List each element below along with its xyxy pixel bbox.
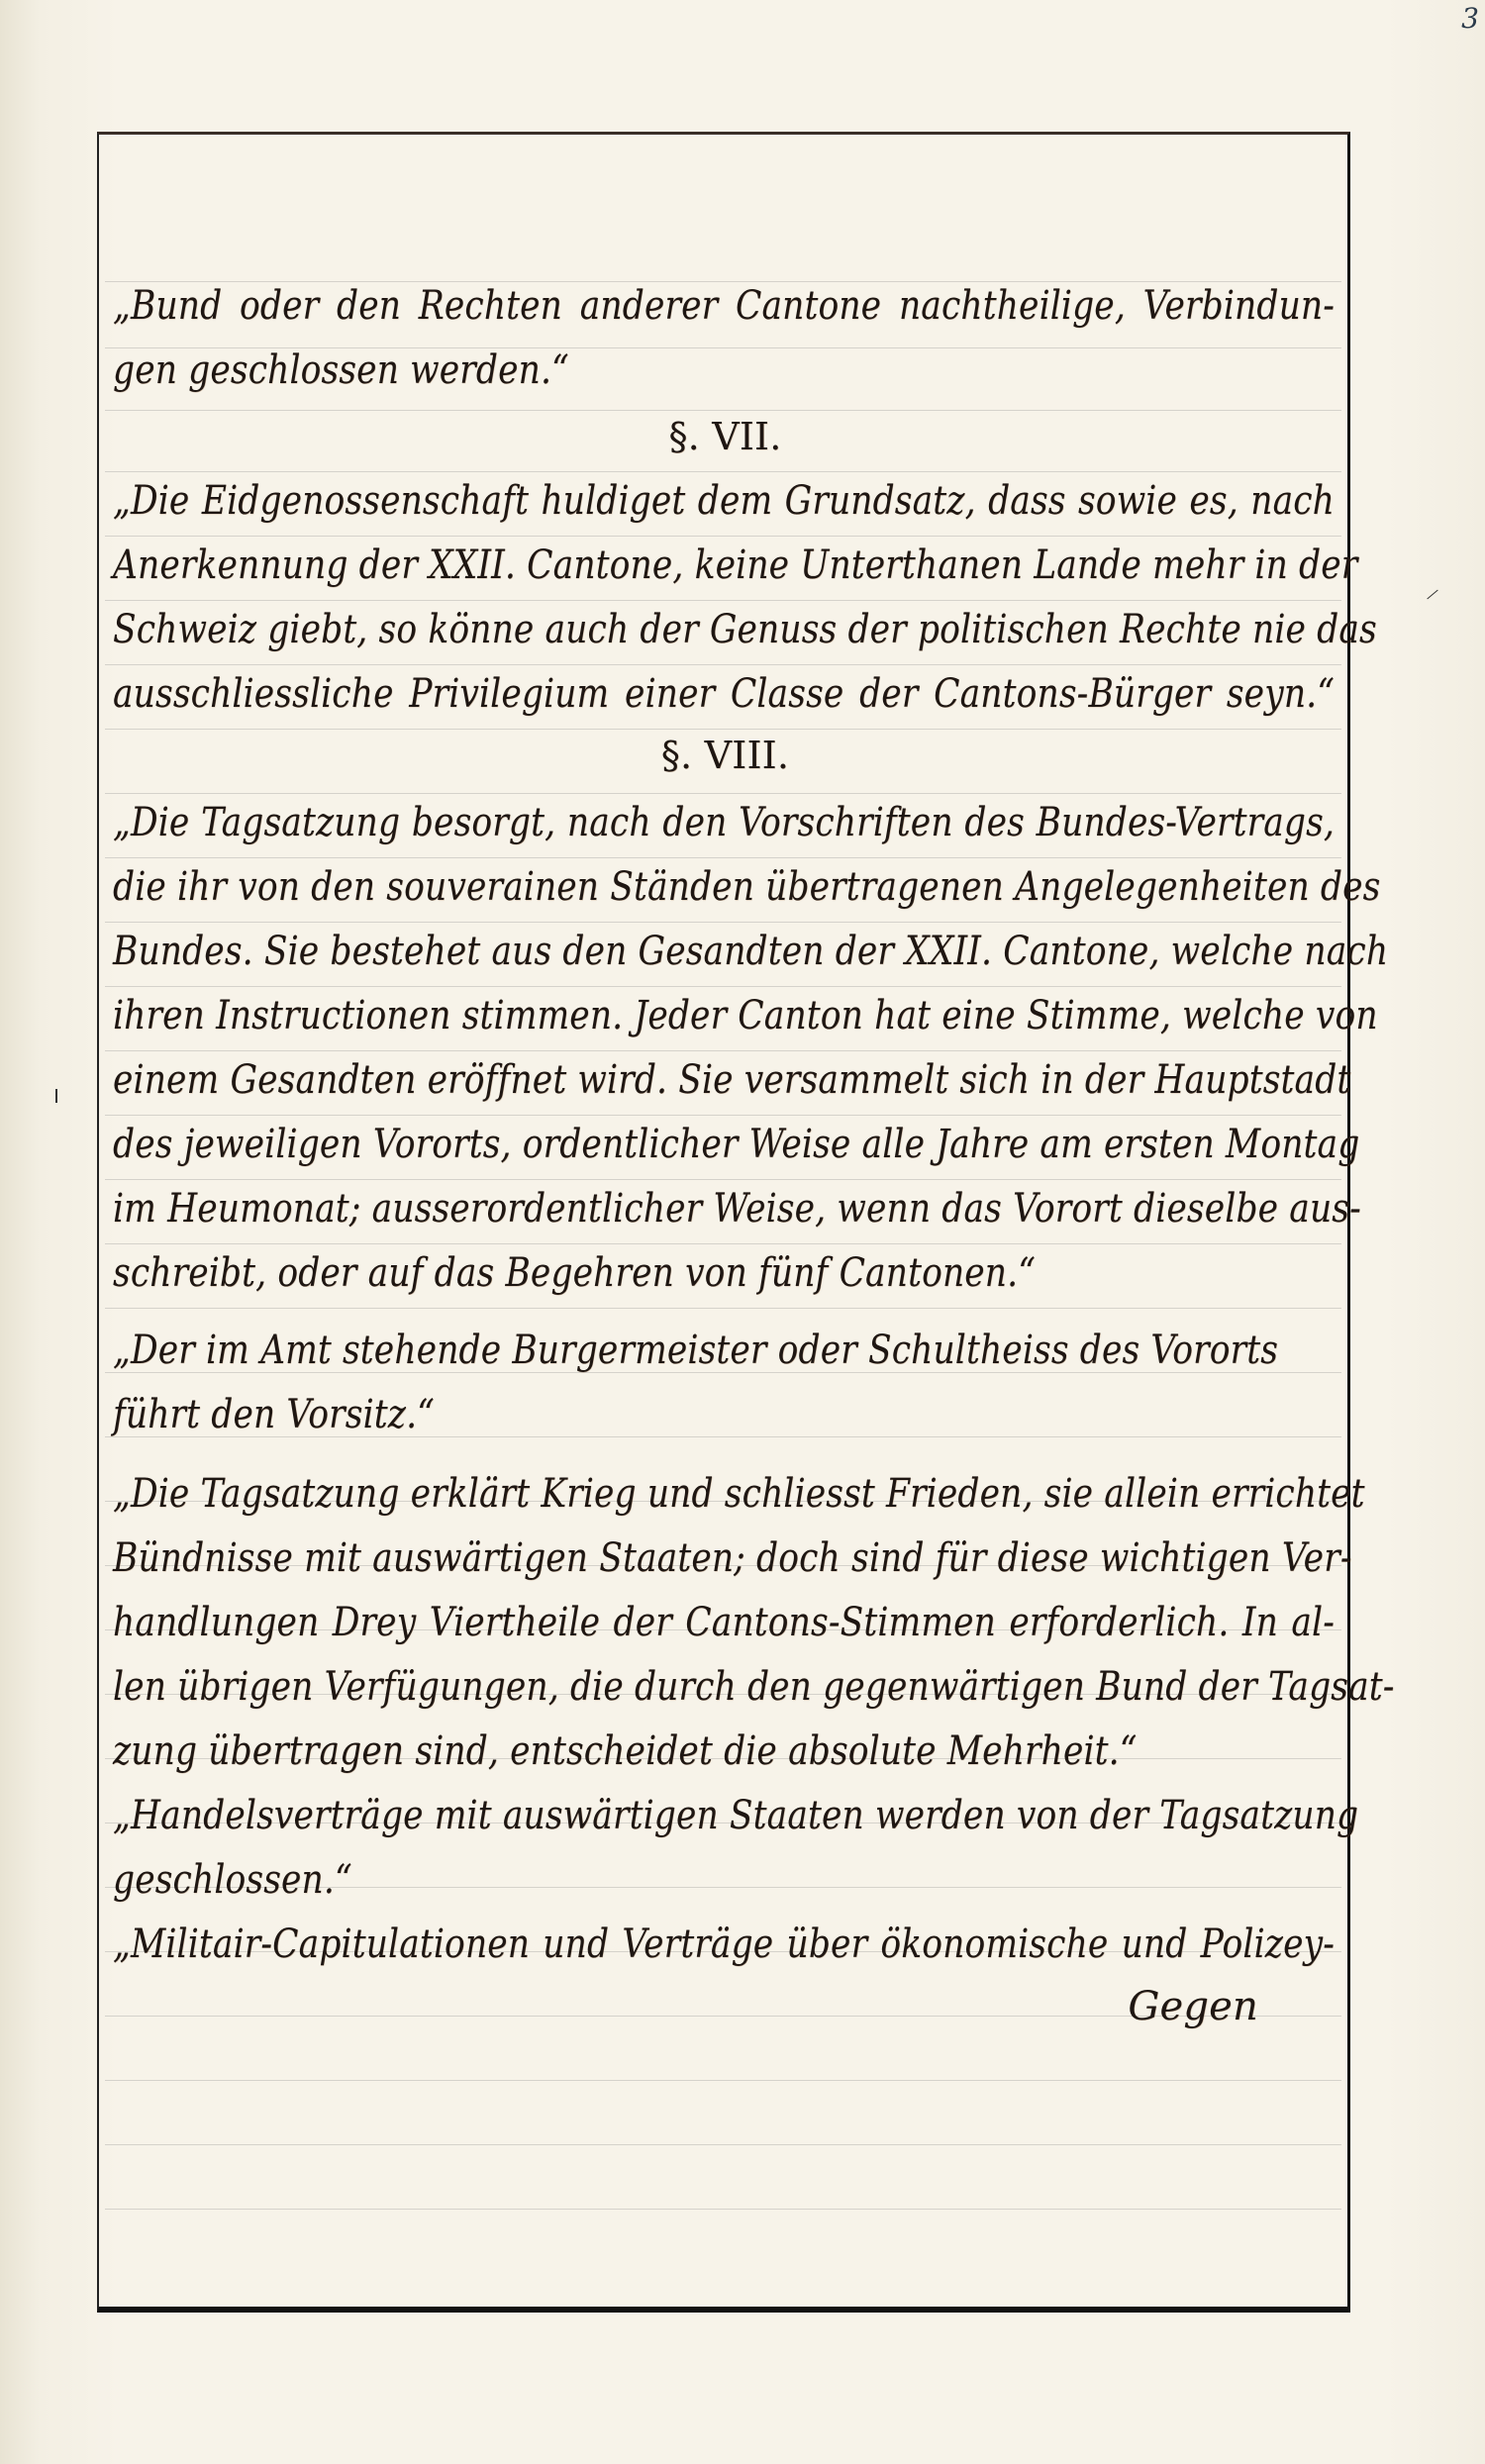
text-line: im Heumonat; ausserordentlicher Weise, w… [113,1186,1335,1232]
text-line: des jeweiligen Vororts, ordentlicher Wei… [113,1122,1335,1167]
text-line: „Handelsverträge mit auswärtigen Staaten… [113,1793,1335,1838]
text-line: Anerkennung der XXII. Cantone, keine Unt… [113,542,1335,588]
section-heading: §. VIII. [113,734,1337,777]
text-line: einem Gesandten eröffnet wird. Sie versa… [113,1057,1335,1103]
text-line: Bündnisse mit auswärtigen Staaten; doch … [113,1535,1335,1581]
text-frame: „Bund oder den Rechten anderer Cantone n… [97,132,1350,2313]
text-line: schreibt, oder auf das Begehren von fünf… [113,1250,1166,1296]
text-line: ihren Instructionen stimmen. Jeder Canto… [113,993,1335,1038]
text-line: Bundes. Sie bestehet aus den Gesandten d… [113,929,1335,974]
page-number: 3 [1461,2,1479,35]
text-line: die ihr von den souverainen Ständen über… [113,864,1335,910]
text-line: geschlossen.“ [113,1857,1166,1903]
text-line: zung übertragen sind, entscheidet die ab… [113,1728,1166,1774]
text-line: „Die Tagsatzung besorgt, nach den Vorsch… [113,800,1335,845]
text-line: gen geschlossen werden.“ [113,347,1166,393]
text-line: ausschliessliche Privilegium einer Class… [113,671,1335,717]
margin-mark [1427,590,1437,600]
text-line: „Die Eidgenossenschaft huldiget dem Grun… [113,478,1335,524]
text-line: „Bund oder den Rechten anderer Cantone n… [113,283,1335,329]
text-line: „Militair-Capitulationen und Verträge üb… [113,1922,1335,1967]
text-line: führt den Vorsitz.“ [113,1392,1166,1437]
text-line: Schweiz giebt, so könne auch der Genuss … [113,607,1335,652]
text-line: „Die Tagsatzung erklärt Krieg und schlie… [113,1471,1335,1517]
text-line: „Der im Amt stehende Burgermeister oder … [113,1328,1166,1373]
text-line: len übrigen Verfügungen, die durch den g… [113,1664,1335,1710]
section-heading: §. VII. [113,415,1337,458]
margin-mark [55,1089,57,1103]
text-line: handlungen Drey Viertheile der Cantons-S… [113,1600,1335,1645]
catchword: Gegen [113,1984,1258,2029]
